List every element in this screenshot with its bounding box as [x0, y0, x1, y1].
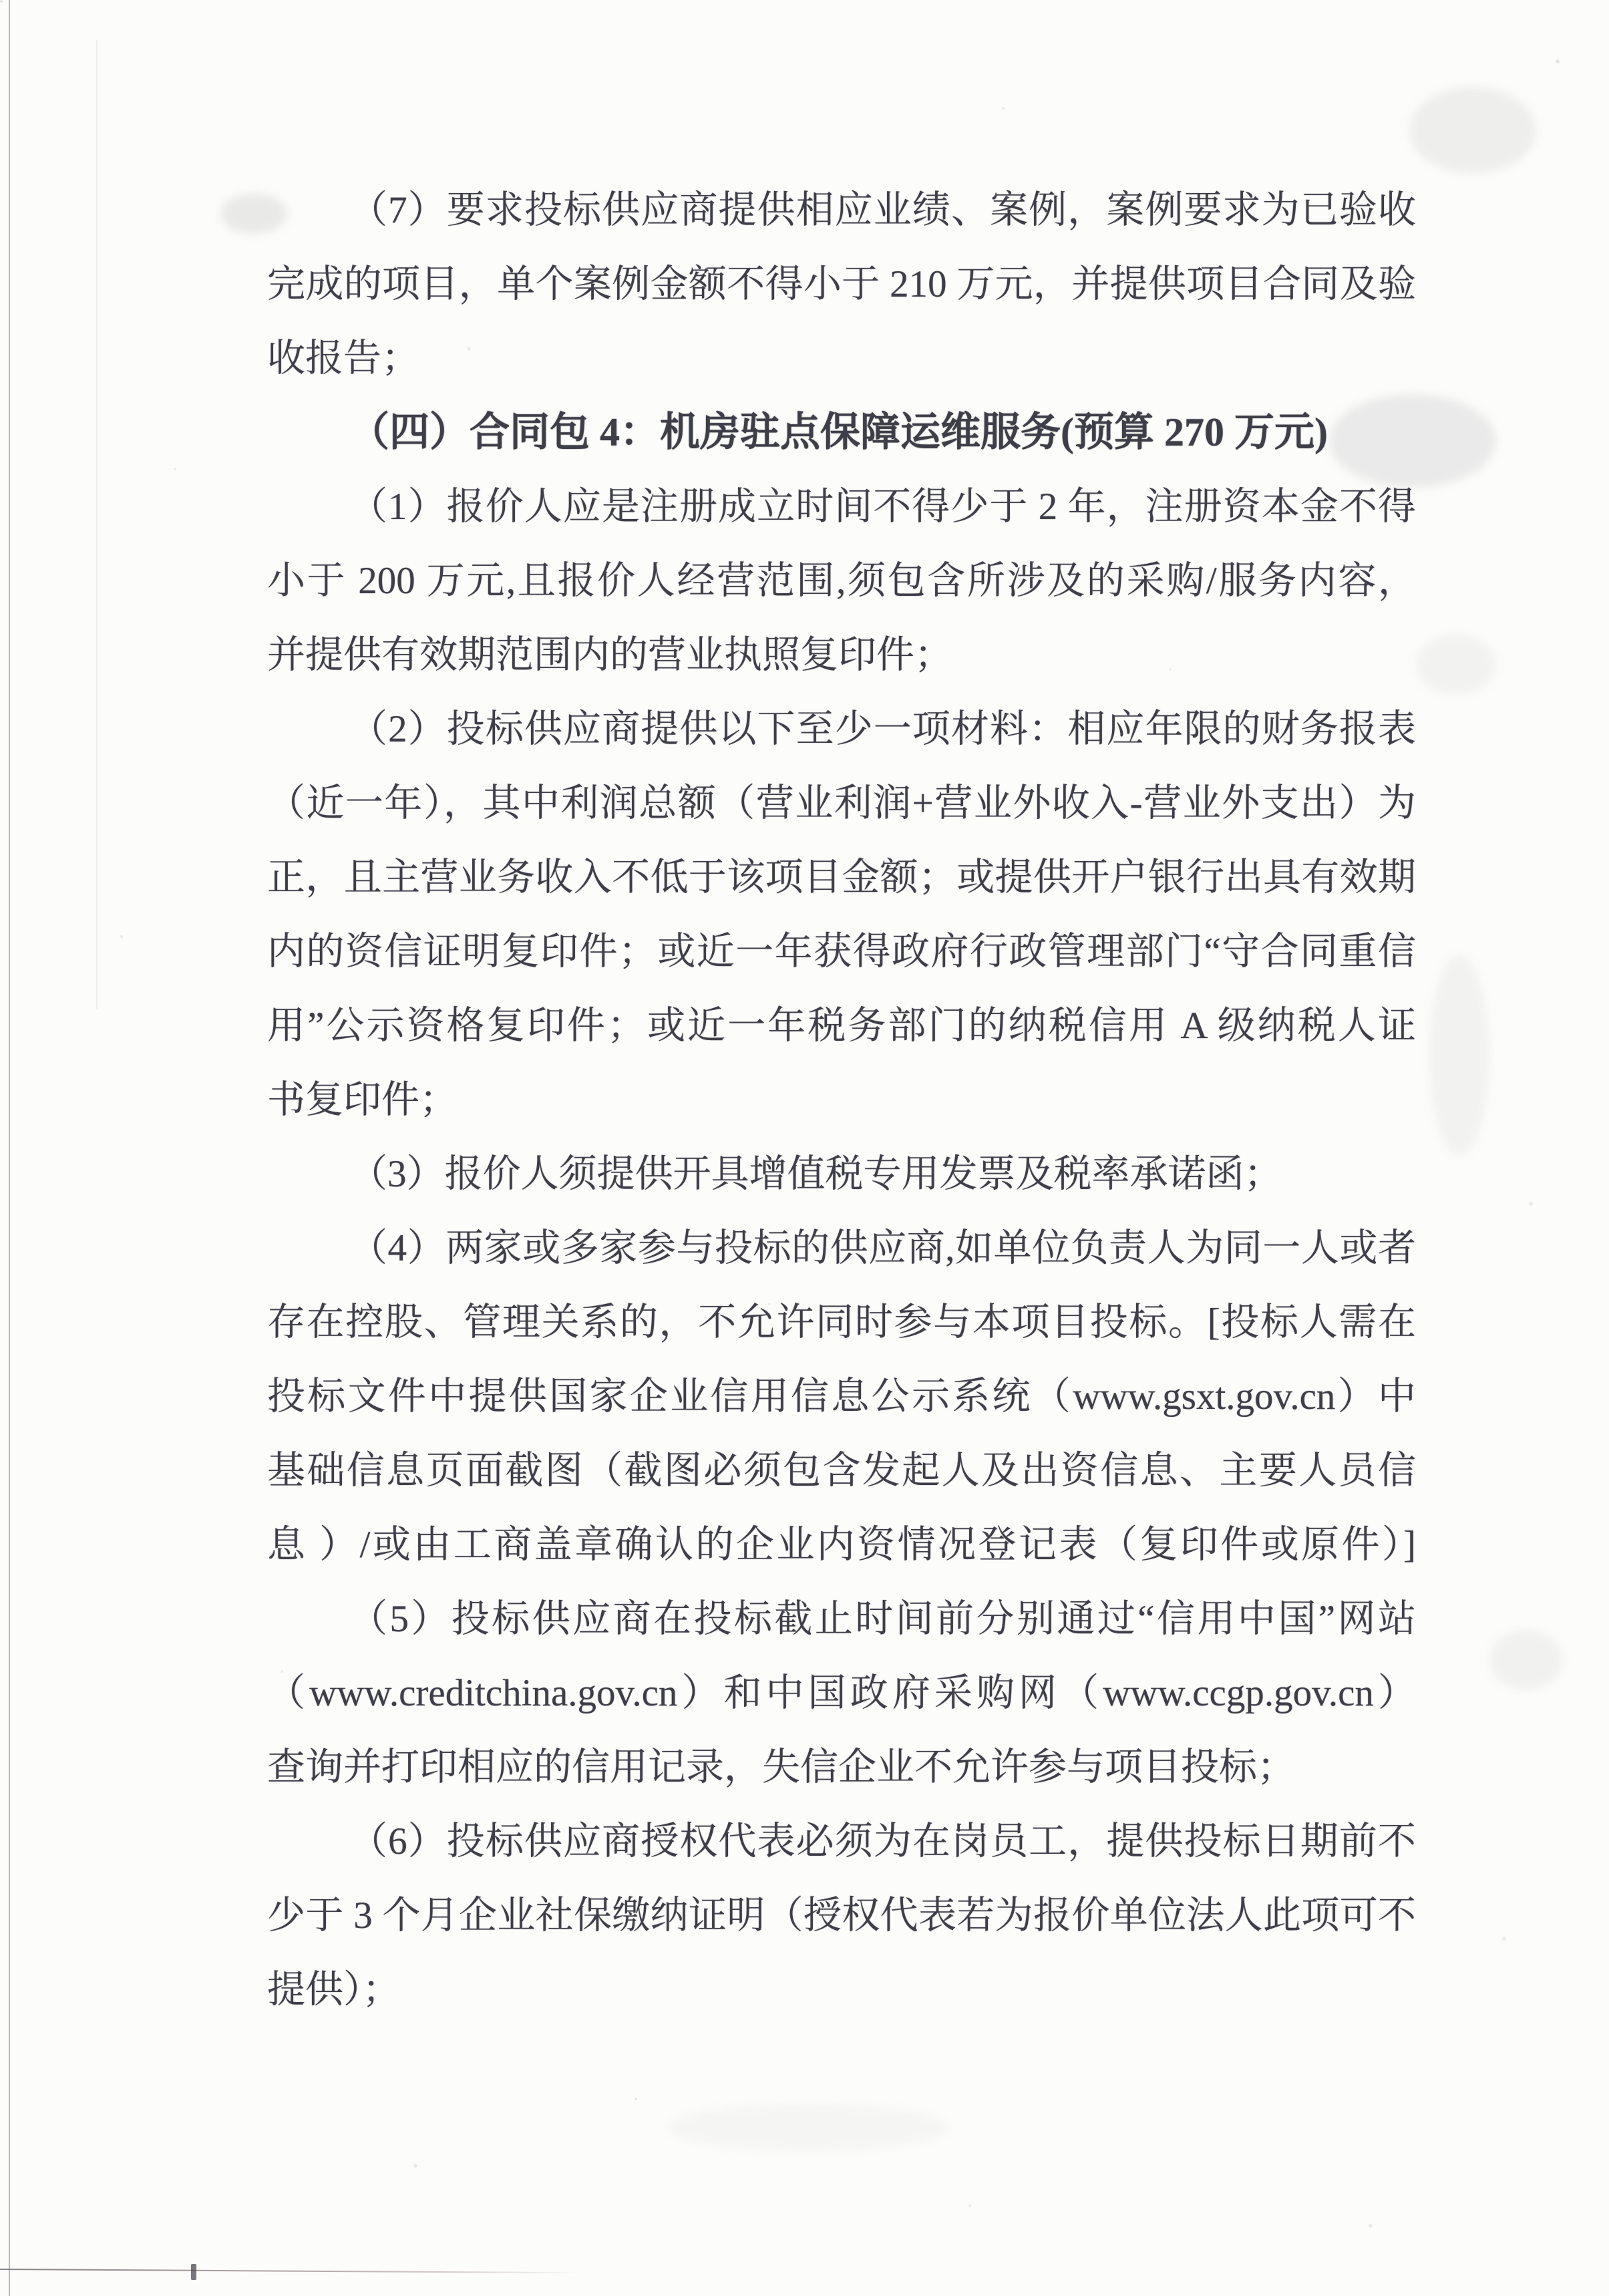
section-heading: （四）合同包 4：机房驻点保障运维服务(预算 270 万元): [267, 395, 1416, 470]
scan-smudge: [1429, 955, 1489, 1156]
paragraph-clause-6: （6）投标供应商授权代表必须为在岗员工，提供投标日期前不少于 3 个月企业社保缴…: [267, 1804, 1416, 2027]
paragraph-clause-1: （1）报价人应是注册成立时间不得少于 2 年，注册资本金不得小于 200 万元,…: [267, 470, 1416, 692]
scan-edge-line-bottom: [0, 2269, 581, 2273]
text-line: 小于 200 万元,且报价人经营范围,须包含所涉及的采购/服务内容，: [267, 544, 1416, 618]
text-line: 正，且主营业务收入不低于该项目金额；或提供开户银行出具有效期: [267, 840, 1416, 915]
paragraph-clause-4: （4）两家或多家参与投标的供应商,如单位负责人为同一人或者存在控股、管理关系的，…: [267, 1211, 1416, 1582]
scan-smudge: [1409, 87, 1536, 174]
scan-smudge: [1416, 635, 1496, 695]
scan-speckles: [0, 0, 3, 3]
text-line: 书复印件；: [267, 1063, 1416, 1137]
scan-streak: [96, 40, 98, 1009]
scan-smudge: [1489, 1630, 1563, 1690]
scan-notch: [191, 2264, 196, 2280]
text-line: （7）要求投标供应商提供相应业绩、案例，案例要求为已验收: [267, 173, 1416, 247]
paragraph-clause-3: （3）报价人须提供开具增值税专用发票及税率承诺函；: [267, 1137, 1416, 1211]
text-line: 少于 3 个月企业社保缴纳证明（授权代表若为报价单位法人此项可不: [267, 1878, 1416, 1953]
text-line: 存在控股、管理关系的，不允许同时参与本项目投标。[投标人需在: [267, 1285, 1416, 1359]
scan-smudge: [668, 2104, 948, 2151]
text-line: 基础信息页面截图（截图必须包含发起人及出资信息、主要人员信: [267, 1434, 1416, 1508]
heading-line: （四）合同包 4：机房驻点保障运维服务(预算 270 万元): [267, 395, 1416, 470]
paragraph-clause-7: （7）要求投标供应商提供相应业绩、案例，案例要求为已验收完成的项目，单个案例金额…: [267, 173, 1416, 395]
text-line: 查询并打印相应的信用记录，失信企业不允许参与项目投标；: [267, 1730, 1416, 1804]
text-line: 收报告；: [267, 321, 1416, 395]
text-line: （www.creditchina.gov.cn）和中国政府采购网（www.ccg…: [267, 1656, 1416, 1730]
text-line: 提供）；: [267, 1953, 1416, 2027]
text-line: 投标文件中提供国家企业信用信息公示系统（www.gsxt.gov.cn）中: [267, 1359, 1416, 1434]
paragraph-clause-2: （2）投标供应商提供以下至少一项材料：相应年限的财务报表（近一年），其中利润总额…: [267, 692, 1416, 1137]
text-line: （2）投标供应商提供以下至少一项材料：相应年限的财务报表: [267, 692, 1416, 766]
text-line: （3）报价人须提供开具增值税专用发票及税率承诺函；: [267, 1137, 1416, 1211]
text-line: 并提供有效期范围内的营业执照复印件；: [267, 618, 1416, 692]
text-line: （1）报价人应是注册成立时间不得少于 2 年，注册资本金不得: [267, 470, 1416, 544]
scan-edge-line-left: [9, 0, 10, 2296]
text-line: （4）两家或多家参与投标的供应商,如单位负责人为同一人或者: [267, 1211, 1416, 1285]
text-line: （6）投标供应商授权代表必须为在岗员工，提供投标日期前不: [267, 1804, 1416, 1878]
text-line: （5）投标供应商在投标截止时间前分别通过“信用中国”网站: [267, 1582, 1416, 1656]
text-line: 完成的项目，单个案例金额不得小于 210 万元，并提供项目合同及验: [267, 247, 1416, 321]
text-line: 内的资信证明复印件；或近一年获得政府行政管理部门“守合同重信: [267, 915, 1416, 989]
text-line: 用”公示资格复印件；或近一年税务部门的纳税信用 A 级纳税人证: [267, 989, 1416, 1063]
text-line: 息 ）/或由工商盖章确认的企业内资情况登记表（复印件或原件）]: [267, 1508, 1416, 1582]
document-page: （7）要求投标供应商提供相应业绩、案例，案例要求为已验收完成的项目，单个案例金额…: [0, 0, 1609, 2296]
text-line: （近一年），其中利润总额（营业利润+营业外收入-营业外支出）为: [267, 766, 1416, 840]
paragraph-clause-5: （5）投标供应商在投标截止时间前分别通过“信用中国”网站（www.creditc…: [267, 1582, 1416, 1804]
document-content: （7）要求投标供应商提供相应业绩、案例，案例要求为已验收完成的项目，单个案例金额…: [267, 173, 1416, 2027]
